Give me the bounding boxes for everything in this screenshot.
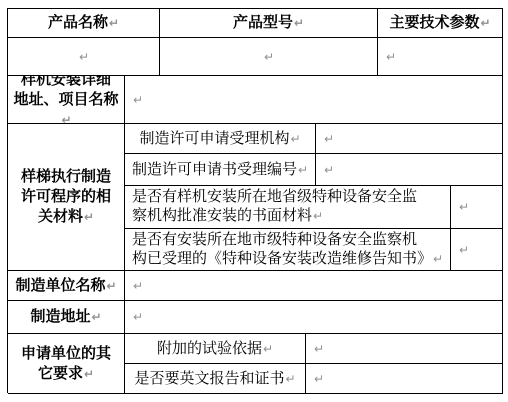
paragraph-mark-icon: ↵ <box>324 133 334 145</box>
license-accept-number-row: 制造许可申请书受理编号↵ ↵ <box>125 154 503 186</box>
license-accept-number-label: 制造许可申请书受理编号 <box>132 162 297 178</box>
paragraph-mark-icon: ↵ <box>133 311 143 323</box>
license-accept-org-row: 制造许可申请受理机构↵ ↵ <box>125 124 503 154</box>
paragraph-mark-icon: ↵ <box>264 51 274 63</box>
municipal-notice-label: 是否有安装所在地市级特种设备安全监察机 构已受理的《特种设备安装改造维修告知书》 <box>132 232 432 267</box>
product-model-value-cell[interactable]: ↵ <box>160 38 378 76</box>
additional-test-basis-row: 附加的试验依据↵ ↵ <box>125 334 503 364</box>
license-accept-org-label: 制造许可申请受理机构 <box>139 131 289 147</box>
additional-test-basis-label-cell: 附加的试验依据↵ <box>125 334 306 364</box>
english-report-label: 是否要英文报告和证书 <box>134 371 284 387</box>
header-product-model-label: 产品型号 <box>233 15 293 31</box>
applicant-requirements-label: 申请单位的其 它要求 <box>21 346 111 382</box>
paragraph-mark-icon: ↵ <box>314 343 324 355</box>
license-accept-number-label-cell: 制造许可申请书受理编号↵ <box>125 154 316 186</box>
paragraph-mark-icon: ↵ <box>84 210 94 224</box>
paragraph-mark-icon: ↵ <box>133 94 143 106</box>
paragraph-mark-icon: ↵ <box>314 373 324 385</box>
paragraph-mark-icon: ↵ <box>285 372 295 386</box>
license-accept-org-label-cell: 制造许可申请受理机构↵ <box>125 124 316 154</box>
manufacture-address-row: 制造地址↵ ↵ <box>8 301 503 334</box>
paragraph-mark-icon: ↵ <box>433 252 443 266</box>
prototype-address-label-cell: 样机安装详细 地址、项目名称↵ <box>8 76 125 124</box>
prototype-address-label: 样机安装详细 地址、项目名称 <box>13 76 118 108</box>
license-materials-label-cell: 样梯执行制造 许可程序的相 关材料↵ <box>8 124 125 271</box>
paragraph-mark-icon: ↵ <box>91 310 101 324</box>
values-row: ↵ ↵ ↵ <box>8 38 503 76</box>
manufacturer-name-label-cell: 制造单位名称↵ <box>8 271 125 301</box>
header-product-name: 产品名称↵ <box>8 9 160 38</box>
header-product-model: 产品型号↵ <box>160 9 378 38</box>
manufacture-address-value-cell[interactable]: ↵ <box>125 301 503 334</box>
product-name-value-cell[interactable]: ↵ <box>8 38 160 76</box>
manufacturer-name-value-cell[interactable]: ↵ <box>125 271 503 301</box>
paragraph-mark-icon: ↵ <box>459 201 469 213</box>
paragraph-mark-icon: ↵ <box>294 16 304 30</box>
paragraph-mark-icon: ↵ <box>109 16 119 30</box>
prototype-address-value-cell[interactable]: ↵ <box>125 76 503 124</box>
paragraph-mark-icon: ↵ <box>263 342 273 356</box>
main-params-value-cell[interactable]: ↵ <box>378 38 503 76</box>
paragraph-mark-icon: ↵ <box>133 280 143 292</box>
manufacturer-name-label: 制造单位名称 <box>15 278 105 294</box>
municipal-notice-row: 是否有安装所在地市级特种设备安全监察机 构已受理的《特种设备安装改造维修告知书》… <box>125 229 503 271</box>
applicant-requirements-label-cell: 申请单位的其 它要求↵ <box>8 334 125 394</box>
paragraph-mark-icon: ↵ <box>480 16 490 30</box>
municipal-notice-value-cell[interactable]: ↵ <box>451 229 503 271</box>
municipal-notice-label-cell: 是否有安装所在地市级特种设备安全监察机 构已受理的《特种设备安装改造维修告知书》… <box>125 229 451 271</box>
paragraph-mark-icon: ↵ <box>106 279 116 293</box>
header-main-params-label: 主要技术参数 <box>389 15 479 31</box>
provincial-material-label-cell: 是否有样机安装所在地省级特种设备安全监 察机构批准安装的书面材料↵ <box>125 186 451 229</box>
paragraph-mark-icon: ↵ <box>324 164 334 176</box>
paragraph-mark-icon: ↵ <box>386 51 396 63</box>
paragraph-mark-icon: ↵ <box>459 244 469 256</box>
applicant-requirements-group: 申请单位的其 它要求↵ 附加的试验依据↵ ↵ 是否要英文报告和证书↵ ↵ <box>8 334 503 394</box>
license-accept-number-value-cell[interactable]: ↵ <box>316 154 503 186</box>
english-report-label-cell: 是否要英文报告和证书↵ <box>125 364 306 394</box>
paragraph-mark-icon: ↵ <box>79 51 89 63</box>
header-main-params: 主要技术参数↵ <box>378 9 503 38</box>
english-report-value-cell[interactable]: ↵ <box>306 364 503 394</box>
license-materials-label: 样梯执行制造 许可程序的相 关材料 <box>21 169 111 225</box>
manufacture-address-label: 制造地址 <box>30 309 90 325</box>
additional-test-basis-label: 附加的试验依据 <box>157 341 262 357</box>
paragraph-mark-icon: ↵ <box>84 367 94 381</box>
application-form-table: 产品名称↵ 产品型号↵ 主要技术参数↵ ↵ ↵ ↵ 样机安装详细 地址、项目名称… <box>7 8 503 393</box>
header-row: 产品名称↵ 产品型号↵ 主要技术参数↵ <box>8 9 503 38</box>
english-report-row: 是否要英文报告和证书↵ ↵ <box>125 364 503 394</box>
prototype-address-row: 样机安装详细 地址、项目名称↵ ↵ <box>8 76 503 124</box>
provincial-material-row: 是否有样机安装所在地省级特种设备安全监 察机构批准安装的书面材料↵ ↵ <box>125 186 503 229</box>
header-product-name-label: 产品名称 <box>48 15 108 31</box>
license-materials-group: 样梯执行制造 许可程序的相 关材料↵ 制造许可申请受理机构↵ ↵ 制造许可申请书… <box>8 124 503 271</box>
paragraph-mark-icon: ↵ <box>298 163 308 177</box>
provincial-material-value-cell[interactable]: ↵ <box>451 186 503 229</box>
license-accept-org-value-cell[interactable]: ↵ <box>316 124 503 154</box>
paragraph-mark-icon: ↵ <box>313 209 323 223</box>
paragraph-mark-icon: ↵ <box>61 113 71 125</box>
manufacturer-name-row: 制造单位名称↵ ↵ <box>8 271 503 301</box>
provincial-material-label: 是否有样机安装所在地省级特种设备安全监 察机构批准安装的书面材料 <box>132 189 417 224</box>
paragraph-mark-icon: ↵ <box>290 132 300 146</box>
additional-test-basis-value-cell[interactable]: ↵ <box>306 334 503 364</box>
manufacture-address-label-cell: 制造地址↵ <box>8 301 125 334</box>
